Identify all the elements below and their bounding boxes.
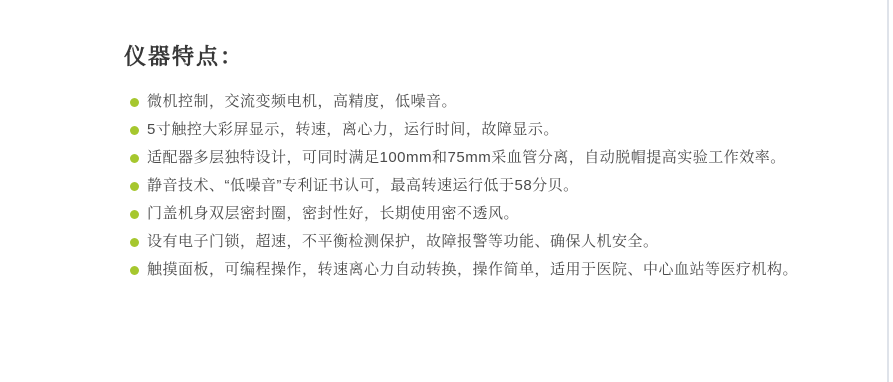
bullet-dot-icon [130, 266, 139, 275]
list-item: 设有电子门锁，超速，不平衡检测保护，故障报警等功能、确保人机安全。 [130, 228, 824, 256]
list-item: 5寸触控大彩屏显示，转速，离心力，运行时间，故障显示。 [130, 116, 824, 144]
list-item: 门盖机身双层密封圈，密封性好，长期使用密不透风。 [130, 200, 824, 228]
bullet-dot-icon [130, 126, 139, 135]
feature-text: 静音技术、“低噪音”专利证书认可，最高转速运行低于58分贝。 [147, 172, 579, 200]
bullet-dot-icon [130, 182, 139, 191]
feature-text: 微机控制，交流变频电机，高精度，低噪音。 [147, 88, 457, 116]
bullet-dot-icon [130, 98, 139, 107]
bullet-dot-icon [130, 238, 139, 247]
feature-list: 微机控制，交流变频电机，高精度，低噪音。 5寸触控大彩屏显示，转速，离心力，运行… [130, 88, 824, 284]
bullet-dot-icon [130, 210, 139, 219]
list-item: 触摸面板，可编程操作，转速离心力自动转换，操作简单，适用于医院、中心血站等医疗机… [130, 256, 824, 284]
feature-text: 设有电子门锁，超速，不平衡检测保护，故障报警等功能、确保人机安全。 [147, 228, 659, 256]
bullet-dot-icon [130, 154, 139, 163]
page-right-border [887, 0, 889, 382]
section-heading: 仪器特点： [124, 46, 824, 68]
features-section: 仪器特点： 微机控制，交流变频电机，高精度，低噪音。 5寸触控大彩屏显示，转速，… [124, 46, 824, 284]
feature-text: 触摸面板，可编程操作，转速离心力自动转换，操作简单，适用于医院、中心血站等医疗机… [147, 256, 798, 284]
list-item: 微机控制，交流变频电机，高精度，低噪音。 [130, 88, 824, 116]
list-item: 适配器多层独特设计，可同时满足100mm和75mm采血管分离，自动脱帽提高实验工… [130, 144, 824, 172]
feature-text: 5寸触控大彩屏显示，转速，离心力，运行时间，故障显示。 [147, 116, 559, 144]
feature-text: 门盖机身双层密封圈，密封性好，长期使用密不透风。 [147, 200, 519, 228]
feature-text: 适配器多层独特设计，可同时满足100mm和75mm采血管分离，自动脱帽提高实验工… [147, 144, 786, 172]
list-item: 静音技术、“低噪音”专利证书认可，最高转速运行低于58分贝。 [130, 172, 824, 200]
